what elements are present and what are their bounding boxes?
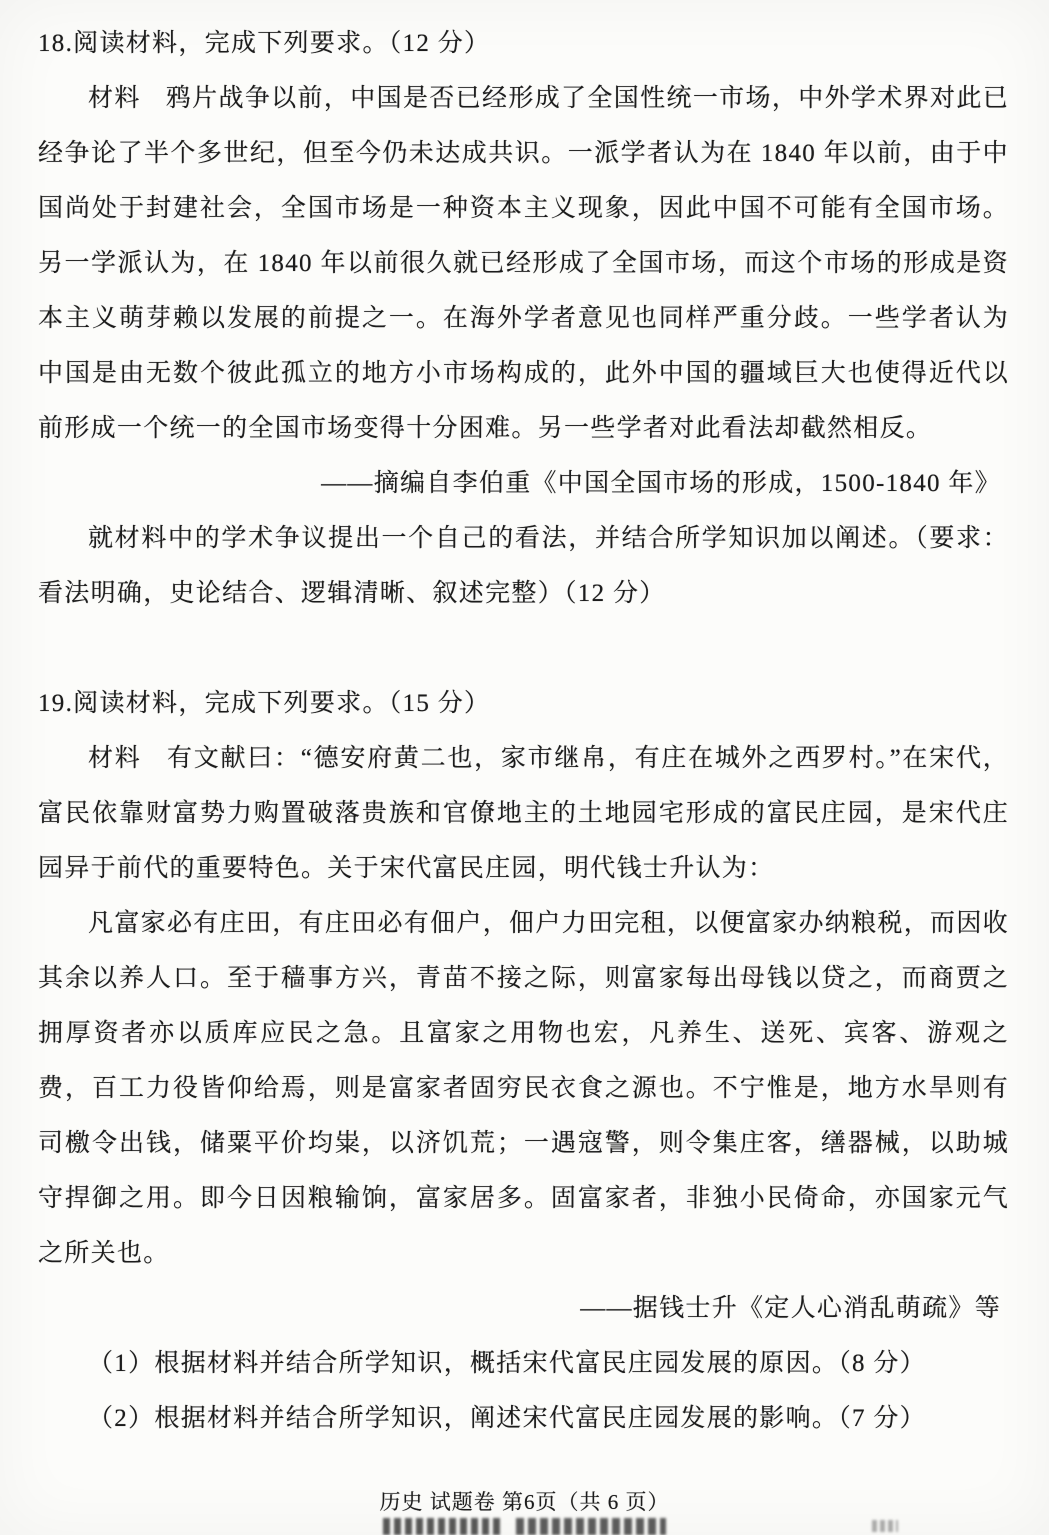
q18-material-label: 材料 (88, 85, 141, 112)
question-18-block: 18.阅读材料，完成下列要求。（12 分） 材料鸦片战争以前，中国是否已经形成了… (38, 16, 1009, 621)
question-19-block: 19.阅读材料，完成下列要求。（15 分） 材料有文献曰：“德安府黄二也，家市继… (38, 676, 1009, 1446)
q19-subquestion-1: （1）根据材料并结合所学知识，概括宋代富民庄园发展的原因。（8 分） (38, 1336, 1009, 1391)
q18-material-paragraph: 材料鸦片战争以前，中国是否已经形成了全国性统一市场，中外学术界对此已经争论了半个… (38, 71, 1009, 456)
print-artifact (383, 1518, 501, 1535)
q19-material-label: 材料 (88, 745, 142, 772)
print-artifact (516, 1518, 666, 1535)
q19-material-text: 有文献曰：“德安府黄二也，家市继帛，有庄在城外之西罗村。”在宋代，富民依靠财富势… (38, 745, 1009, 882)
page-footer-area: 历史 试题卷 第6页（共 6 页） (0, 1487, 1049, 1517)
question-19-heading: 19.阅读材料，完成下列要求。（15 分） (38, 676, 1009, 731)
q19-subquestion-2: （2）根据材料并结合所学知识，阐述宋代富民庄园发展的影响。（7 分） (38, 1391, 1009, 1446)
q19-source-attribution: ——据钱士升《定人心消乱萌疏》等 (38, 1281, 1009, 1336)
q18-source-attribution: ——摘编自李伯重《中国全国市场的形成，1500-1840 年》 (38, 456, 1009, 511)
print-artifact (872, 1520, 898, 1532)
q18-material-text: 鸦片战争以前，中国是否已经形成了全国性统一市场，中外学术界对此已经争论了半个多世… (38, 85, 1009, 442)
q19-quote-paragraph: 凡富家必有庄田，有庄田必有佃户，佃户力田完租，以便富家办纳粮税，而因收其余以养人… (38, 896, 1009, 1281)
q18-task-text: 就材料中的学术争议提出一个自己的看法，并结合所学知识加以阐述。（要求：看法明确，… (38, 511, 1009, 621)
exam-page: 18.阅读材料，完成下列要求。（12 分） 材料鸦片战争以前，中国是否已经形成了… (0, 0, 1049, 1535)
q19-material-paragraph: 材料有文献曰：“德安府黄二也，家市继帛，有庄在城外之西罗村。”在宋代，富民依靠财… (38, 731, 1009, 896)
page-footer: 历史 试题卷 第6页（共 6 页） (0, 1487, 1049, 1517)
question-18-heading: 18.阅读材料，完成下列要求。（12 分） (38, 16, 1009, 71)
